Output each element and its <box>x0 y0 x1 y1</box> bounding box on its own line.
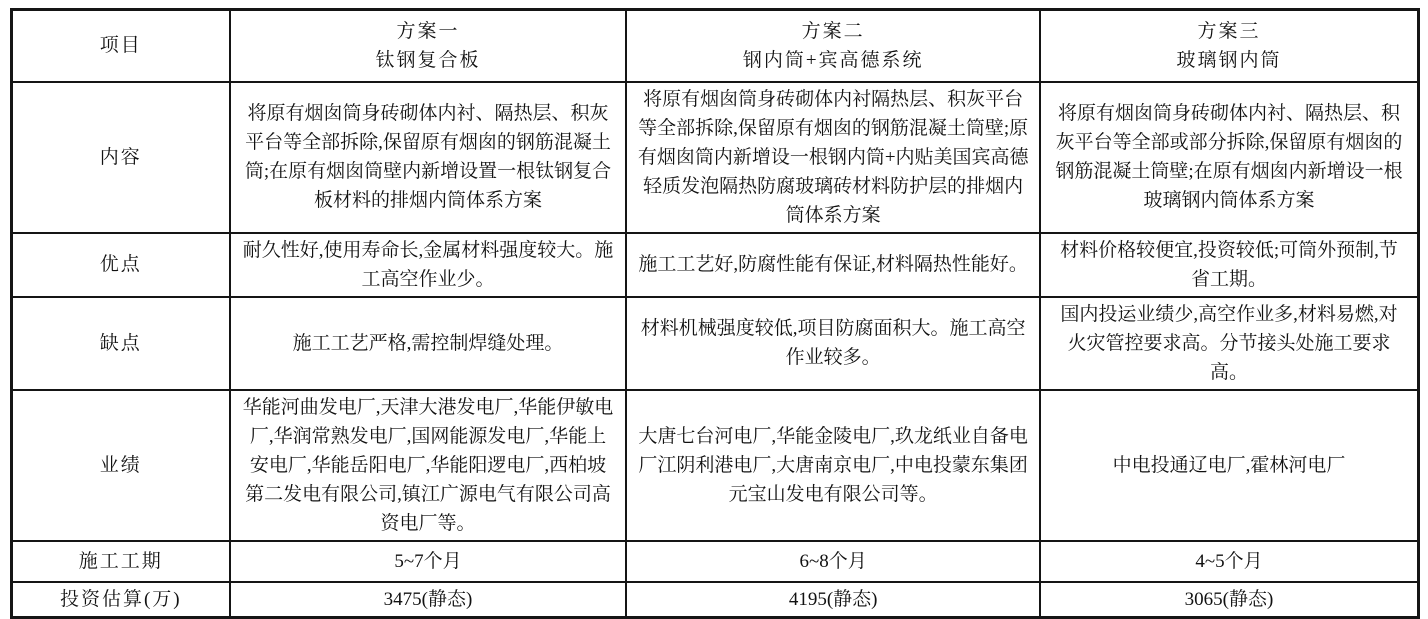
row-label-investment-estimate: 投资估算(万) <box>12 582 230 618</box>
table-row-content: 内容 将原有烟囱筒身砖砌体内衬、隔热层、积灰平台等全部拆除,保留原有烟囱的钢筋混… <box>12 82 1419 233</box>
plan3-subtitle: 玻璃钢内筒 <box>1051 46 1407 75</box>
cell-investment-plan1: 3475(静态) <box>230 582 627 618</box>
plan1-title: 方案一 <box>241 17 616 46</box>
table-row-investment-estimate: 投资估算(万) 3475(静态) 4195(静态) 3065(静态) <box>12 582 1419 618</box>
cell-cons-plan2: 材料机械强度较低,项目防腐面积大。施工高空作业较多。 <box>626 297 1040 390</box>
plan3-title: 方案三 <box>1051 17 1407 46</box>
cell-duration-plan3: 4~5个月 <box>1040 541 1419 582</box>
table-row-track-record: 业绩 华能河曲发电厂,天津大港发电厂,华能伊敏电厂,华润常熟发电厂,国网能源发电… <box>12 390 1419 541</box>
plan-comparison-table: 项目 方案一 钛钢复合板 方案二 钢内筒+宾高德系统 方案三 玻璃钢内筒 内容 … <box>10 8 1420 619</box>
header-plan1: 方案一 钛钢复合板 <box>230 10 627 82</box>
table-row-pros: 优点 耐久性好,使用寿命长,金属材料强度较大。施工高空作业少。 施工工艺好,防腐… <box>12 233 1419 297</box>
cell-pros-plan1: 耐久性好,使用寿命长,金属材料强度较大。施工高空作业少。 <box>230 233 627 297</box>
table-row-cons: 缺点 施工工艺严格,需控制焊缝处理。 材料机械强度较低,项目防腐面积大。施工高空… <box>12 297 1419 390</box>
cell-duration-plan2: 6~8个月 <box>626 541 1040 582</box>
row-label-pros: 优点 <box>12 233 230 297</box>
cell-investment-plan3: 3065(静态) <box>1040 582 1419 618</box>
document-page: 项目 方案一 钛钢复合板 方案二 钢内筒+宾高德系统 方案三 玻璃钢内筒 内容 … <box>0 0 1428 576</box>
header-plan2: 方案二 钢内筒+宾高德系统 <box>626 10 1040 82</box>
cell-cons-plan3: 国内投运业绩少,高空作业多,材料易燃,对火灾管控要求高。分节接头处施工要求高。 <box>1040 297 1419 390</box>
header-item: 项目 <box>12 10 230 82</box>
cell-pros-plan3: 材料价格较便宜,投资较低;可筒外预制,节省工期。 <box>1040 233 1419 297</box>
cell-pros-plan2: 施工工艺好,防腐性能有保证,材料隔热性能好。 <box>626 233 1040 297</box>
cell-content-plan1: 将原有烟囱筒身砖砌体内衬、隔热层、积灰平台等全部拆除,保留原有烟囱的钢筋混凝土筒… <box>230 82 627 233</box>
plan2-title: 方案二 <box>637 17 1029 46</box>
cell-track-record-plan1: 华能河曲发电厂,天津大港发电厂,华能伊敏电厂,华润常熟发电厂,国网能源发电厂,华… <box>230 390 627 541</box>
plan2-subtitle: 钢内筒+宾高德系统 <box>637 46 1029 75</box>
header-plan3: 方案三 玻璃钢内筒 <box>1040 10 1419 82</box>
table-row-duration: 施工工期 5~7个月 6~8个月 4~5个月 <box>12 541 1419 582</box>
row-label-track-record: 业绩 <box>12 390 230 541</box>
row-label-cons: 缺点 <box>12 297 230 390</box>
row-label-content: 内容 <box>12 82 230 233</box>
cell-track-record-plan2: 大唐七台河电厂,华能金陵电厂,玖龙纸业自备电厂江阴利港电厂,大唐南京电厂,中电投… <box>626 390 1040 541</box>
cell-content-plan3: 将原有烟囱筒身砖砌体内衬、隔热层、积灰平台等全部或部分拆除,保留原有烟囱的钢筋混… <box>1040 82 1419 233</box>
row-label-duration: 施工工期 <box>12 541 230 582</box>
cell-investment-plan2: 4195(静态) <box>626 582 1040 618</box>
cell-content-plan2: 将原有烟囱筒身砖砌体内衬隔热层、积灰平台等全部拆除,保留原有烟囱的钢筋混凝土筒壁… <box>626 82 1040 233</box>
cell-duration-plan1: 5~7个月 <box>230 541 627 582</box>
cell-track-record-plan3: 中电投通辽电厂,霍林河电厂 <box>1040 390 1419 541</box>
cell-cons-plan1: 施工工艺严格,需控制焊缝处理。 <box>230 297 627 390</box>
table-header-row: 项目 方案一 钛钢复合板 方案二 钢内筒+宾高德系统 方案三 玻璃钢内筒 <box>12 10 1419 82</box>
plan1-subtitle: 钛钢复合板 <box>241 46 616 75</box>
